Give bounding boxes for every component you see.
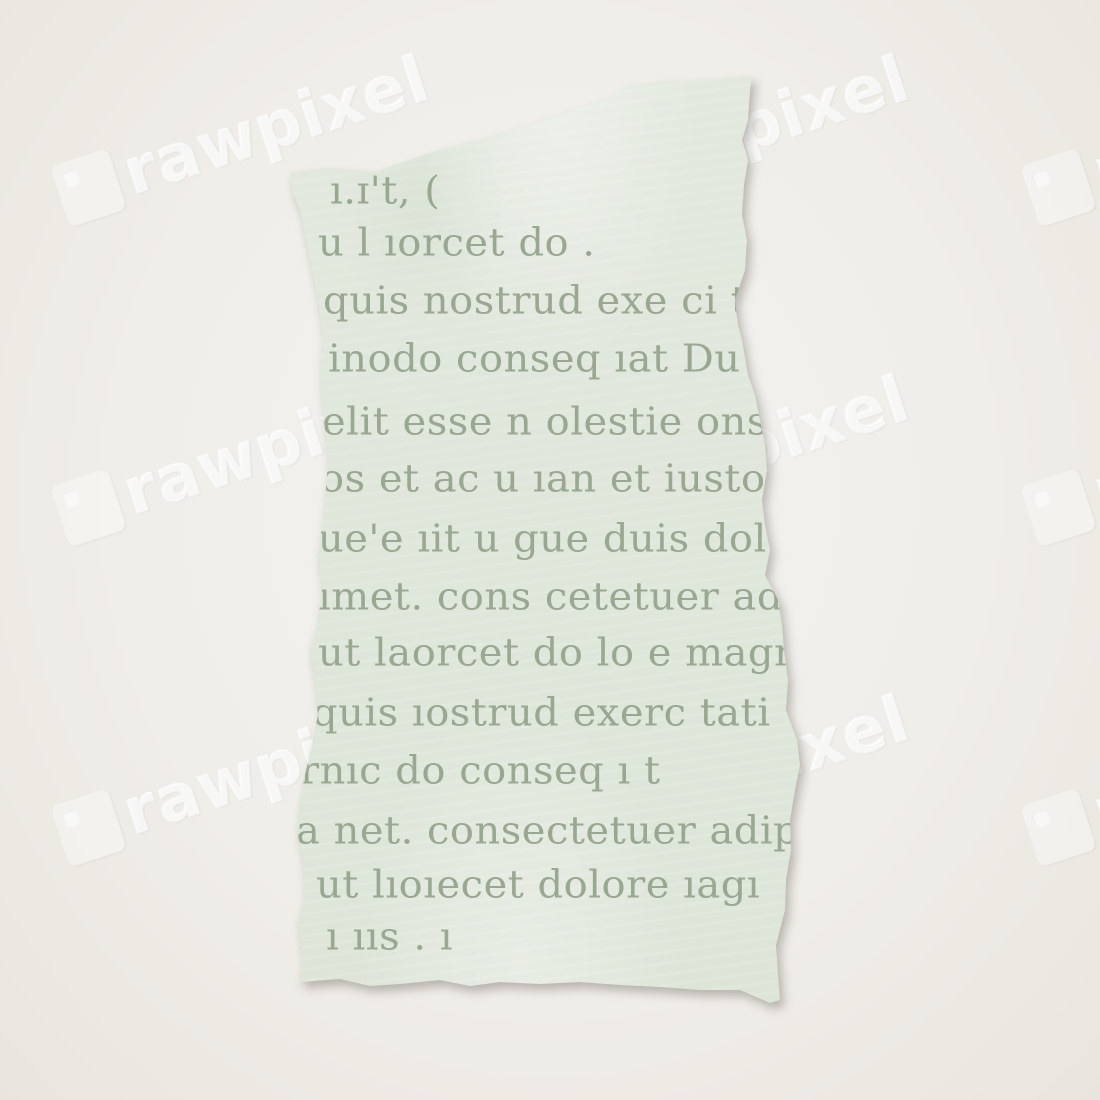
text-line: ut laorcet do lo e magn — [318, 634, 800, 672]
text-line: elit esse n olestie ons — [322, 403, 768, 441]
torn-paper-sheet: ı.ɪ't, ( u l ıorcet do . quis nostrud ex… — [0, 0, 1100, 1100]
text-line: ut lıoıecet dolore ıagı — [316, 866, 760, 904]
text-line: quis ıostrud exerc tati — [312, 694, 771, 732]
paper-text: ı.ɪ't, ( u l ıorcet do . quis nostrud ex… — [0, 0, 1100, 1100]
text-line: u l ıorcet do . — [318, 224, 595, 262]
text-line: ue'e ıit u gue duis dol — [318, 520, 767, 558]
torn-paper: ı.ɪ't, ( u l ıorcet do . quis nostrud ex… — [0, 0, 1100, 1100]
text-line: ımet. cons cetetuer adip — [318, 578, 822, 616]
text-line: rnıc do conseq ı t — [300, 752, 661, 790]
text-line: ı ııs . ı — [326, 918, 453, 956]
paper-texture — [0, 0, 1100, 1100]
text-line: a net. consectetuer adipi — [296, 812, 813, 850]
text-line: inodo conseq ıat Du — [328, 340, 741, 378]
text-line: os et ac u ıan et iusto — [320, 460, 766, 498]
text-line: quis nostrud exe ci t — [323, 282, 747, 320]
text-line: ı.ɪ't, ( — [330, 172, 440, 210]
